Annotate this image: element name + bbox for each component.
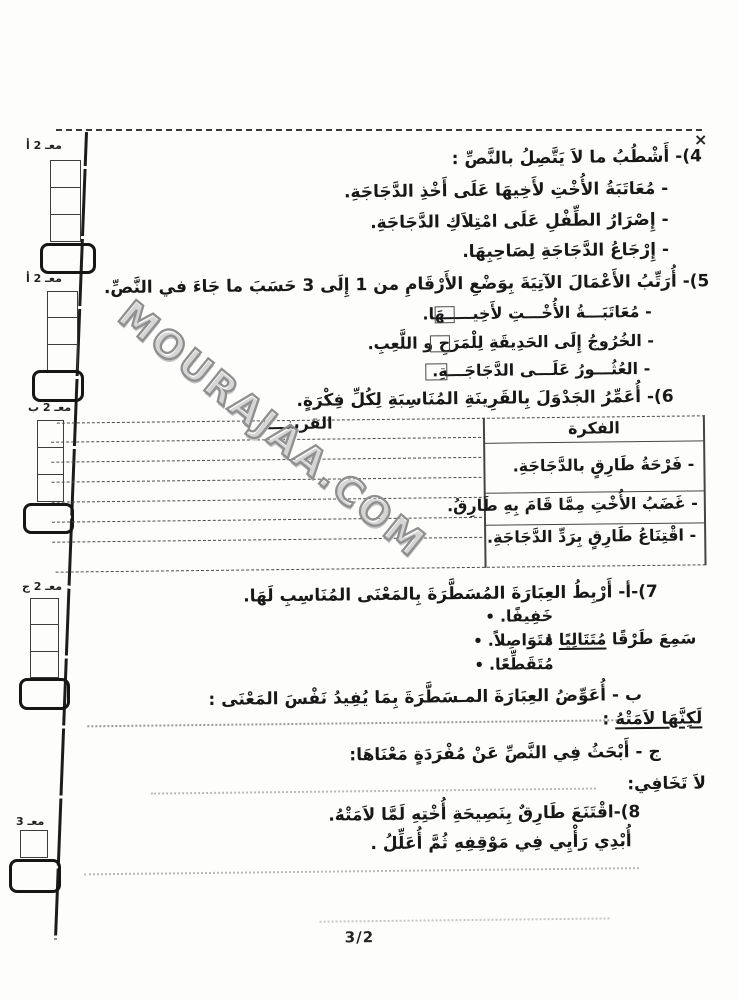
order-input-box[interactable] xyxy=(425,363,447,380)
answer-line[interactable] xyxy=(87,719,617,727)
bullet-icon: • xyxy=(485,608,495,626)
answer-line[interactable] xyxy=(151,788,596,795)
q7c-word: لاَ تَخَافِي: xyxy=(627,773,706,795)
clue-answer-line[interactable] xyxy=(52,497,482,503)
q5-item: - العُثُـــورُ عَلَـــى الدَّجَاجَـــةِ. xyxy=(432,359,650,381)
table-row-line xyxy=(484,440,704,444)
q7a-option[interactable]: خَفِيفًا.• xyxy=(480,606,553,627)
table-idea-cell: - غَضَبُ الأُخْتِ مِمَّا قَامَ بِهِ طَار… xyxy=(447,493,698,516)
clue-answer-line[interactable] xyxy=(52,477,482,483)
q5-item: - الخُرُوجُ إِلَى الحَدِيقَةِ لِلْمَرَحِ… xyxy=(367,331,654,354)
option-label: خَفِيفًا. xyxy=(500,606,553,626)
option-label: مُتَقَطِّعًا. xyxy=(489,654,554,674)
q4-item: - إِصْرَارُ الطِّفْلِ عَلَى امْتِلاَكِ ا… xyxy=(370,210,669,235)
q5-header: 5)- أُرَتِّبُ الأَعْمَالَ الآتِيَةَ بِوَ… xyxy=(104,271,710,299)
q7a-match-phrase: سَمِعَ طَرْقًا مُتَتَالِيًا• xyxy=(539,628,696,650)
q7a-option[interactable]: مُتَقَطِّعًا.• xyxy=(469,654,553,675)
q6-header: 6)- أُعَمِّرُ الجَدْوَلَ بِالقَرِينَةِ ا… xyxy=(296,387,673,413)
q7a-header: 7)-أ- أَرْبِطُ العِبَارَةَ المُسَطَّرَةَ… xyxy=(243,582,658,608)
answer-line[interactable] xyxy=(84,867,639,875)
q4-item: - إِرْجَاعُ الدَّجَاجَةِ لِصَاحِبِهَا. xyxy=(462,240,669,264)
table-idea-cell: - اقْتِنَاعُ طَارِقٍ بِرَدِّ الدَّجَاجَة… xyxy=(487,525,696,547)
q7b-underlined-phrase: لَكِنَّهَا لاَمَتْهُ xyxy=(615,708,702,729)
bullet-icon: • xyxy=(473,632,483,650)
table-bottom-border xyxy=(56,564,706,572)
bullet-icon: • xyxy=(474,656,484,674)
q5-item: - مُعَاتَبَـــةُ الأُخْـــتِ لأَخِيـــــ… xyxy=(422,302,651,325)
q7c-header: ج - أَبْحَثُ فِي النَّصِّ عَنْ مُفْرَدَة… xyxy=(349,742,661,767)
table-idea-cell: - فَرْحَةُ طَارِقٍ بالدَّجَاجَةِ. xyxy=(513,454,695,476)
match-phrase-plain: سَمِعَ طَرْقًا xyxy=(606,628,696,648)
order-input-box[interactable] xyxy=(435,306,455,323)
table-header-idea: الفكرة xyxy=(489,417,699,439)
scanned-exam-page: × معـ 2 أ معـ 2 أ معـ 2 ب معـ 2 ج xyxy=(0,0,738,1000)
q7a-option[interactable]: مُتَوَاصِلاً.• xyxy=(468,630,553,651)
page-number: 3/2 xyxy=(345,928,375,946)
answer-line[interactable] xyxy=(320,917,610,922)
match-phrase-underlined: مُتَتَالِيًا xyxy=(559,629,607,649)
q4-item: - مُعَاتَبَةُ الأُخْتِ لأَخِيهَا عَلَى أ… xyxy=(344,179,668,204)
option-label: مُتَوَاصِلاً. xyxy=(488,630,554,650)
q6-table: الفكرة القرينـــة - فَرْحَةُ طَارِقٍ بال… xyxy=(0,0,732,4)
clue-answer-line[interactable] xyxy=(51,457,481,463)
q8-line2: أُبْدِي رَأْيِي فِي مَوْقِفِهِ ثُمَّ أُع… xyxy=(370,831,631,855)
q4-header: 4)- أَشْطُبُ ما لاَ يَتَّصِلُ بالنَّصِّ … xyxy=(452,146,702,170)
q7b-header: ب - أُعَوِّضُ العِبَارَةَ المـسَطَّرَةَ … xyxy=(208,685,642,711)
order-input-box[interactable] xyxy=(430,335,450,352)
q8-line1: 8)-اقْتَنَعَ طَارِقٌ بِنَصِيحَةِ أُخْتِه… xyxy=(328,802,640,827)
